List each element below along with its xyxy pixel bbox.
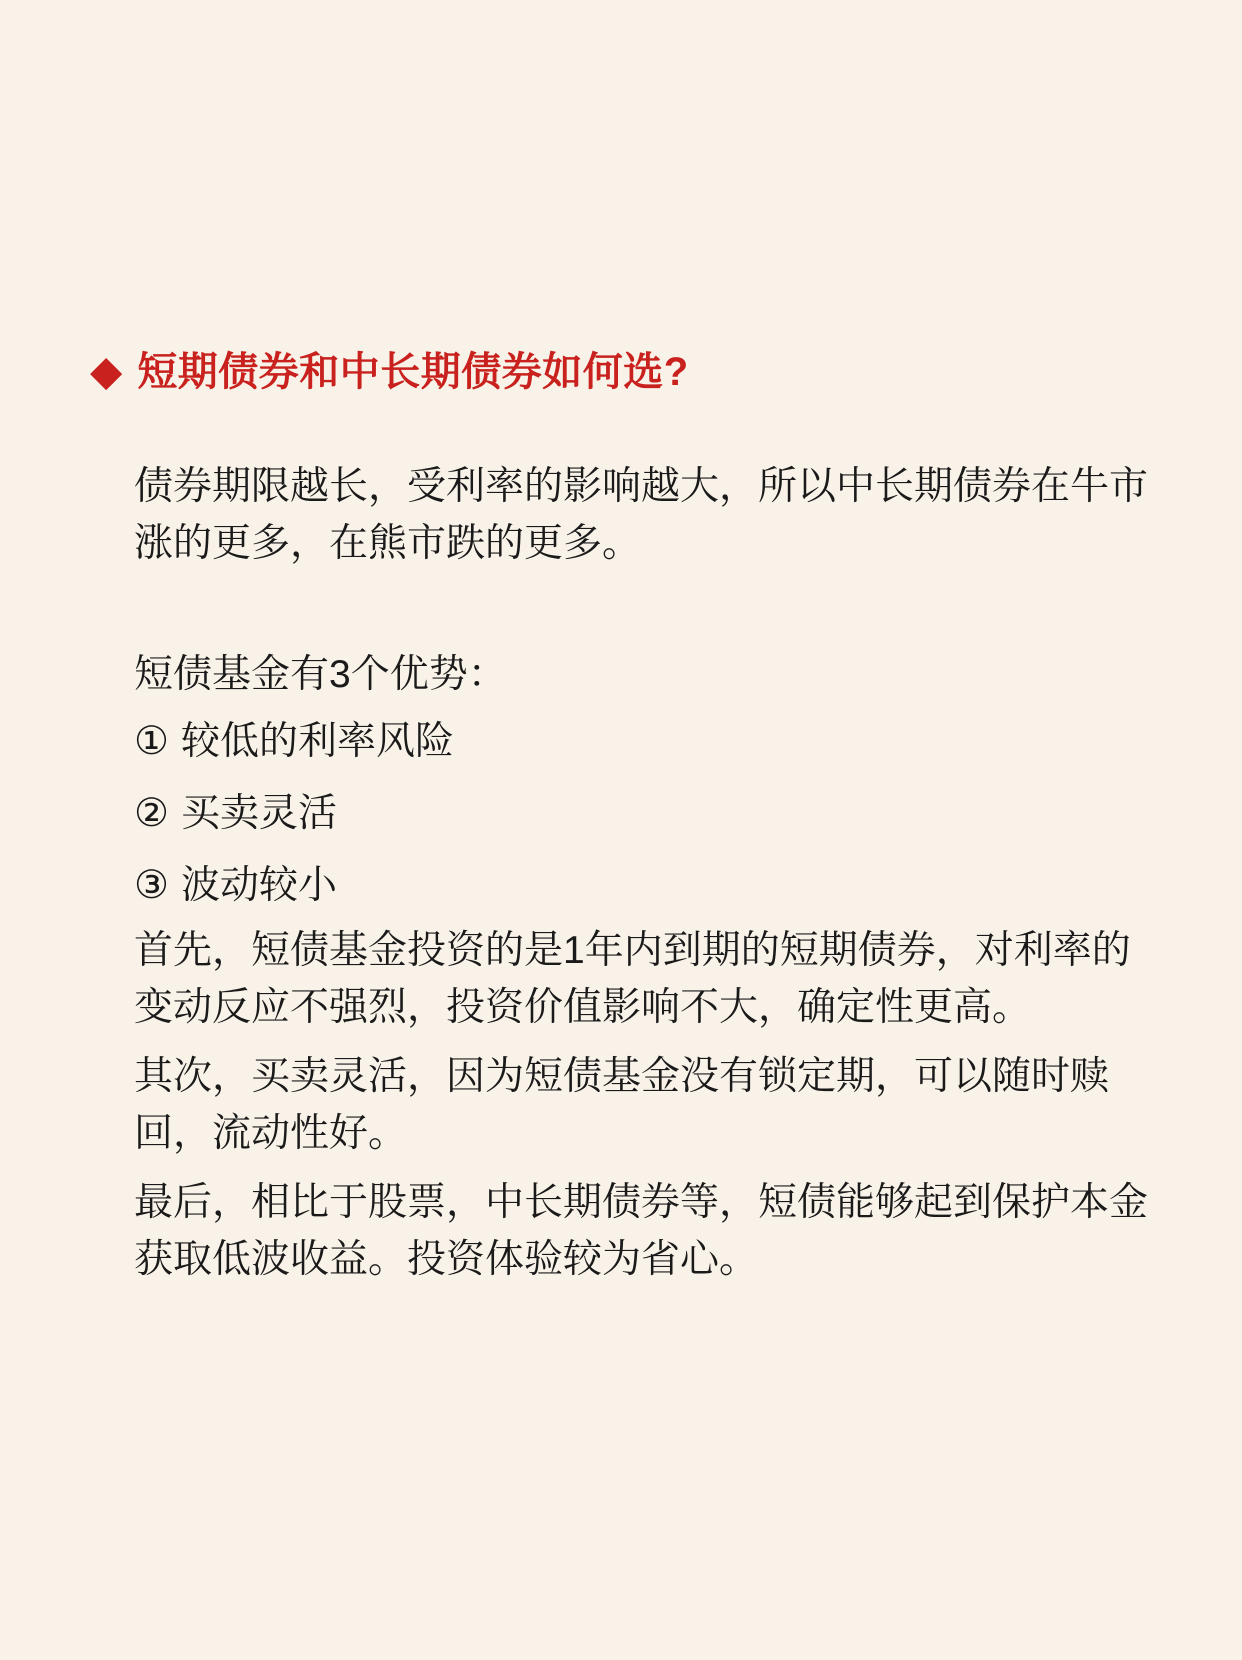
- diamond-bullet-icon: ◆: [90, 350, 122, 392]
- circled-2-icon: ②: [134, 792, 169, 835]
- knowledge-card: ◆ 短期债券和中长期债券如何选? 债券期限越长，受利率的影响越大，所以中长期债券…: [0, 0, 1242, 1660]
- advantage-item-3: ③波动较小: [134, 857, 1152, 914]
- advantage-item-1: ①较低的利率风险: [134, 713, 1152, 770]
- detail-paragraph-first: 首先，短债基金投资的是1年内到期的短期债券，对利率的变动反应不强烈，投资价值影响…: [134, 922, 1152, 1036]
- advantage-label-1: 较低的利率风险: [181, 720, 454, 763]
- advantage-label-2: 买卖灵活: [181, 792, 337, 835]
- advantages-lead: 短债基金有3个优势：: [134, 646, 1152, 703]
- advantage-label-3: 波动较小: [181, 864, 337, 907]
- intro-paragraph: 债券期限越长，受利率的影响越大，所以中长期债券在牛市涨的更多，在熊市跌的更多。: [134, 458, 1152, 572]
- detail-paragraph-third: 最后，相比于股票，中长期债券等，短债能够起到保护本金获取低波收益。投资体验较为省…: [134, 1174, 1152, 1288]
- detail-paragraph-second: 其次，买卖灵活，因为短债基金没有锁定期，可以随时赎回，流动性好。: [134, 1048, 1152, 1162]
- advantages-list: ①较低的利率风险 ②买卖灵活 ③波动较小: [134, 713, 1152, 914]
- section-heading: ◆ 短期债券和中长期债券如何选?: [90, 350, 1202, 394]
- advantage-item-2: ②买卖灵活: [134, 785, 1152, 842]
- section-title: 短期债券和中长期债券如何选?: [137, 350, 688, 394]
- circled-3-icon: ③: [134, 864, 169, 907]
- body-column: 债券期限越长，受利率的影响越大，所以中长期债券在牛市涨的更多，在熊市跌的更多。 …: [134, 458, 1152, 1288]
- circled-1-icon: ①: [134, 720, 169, 763]
